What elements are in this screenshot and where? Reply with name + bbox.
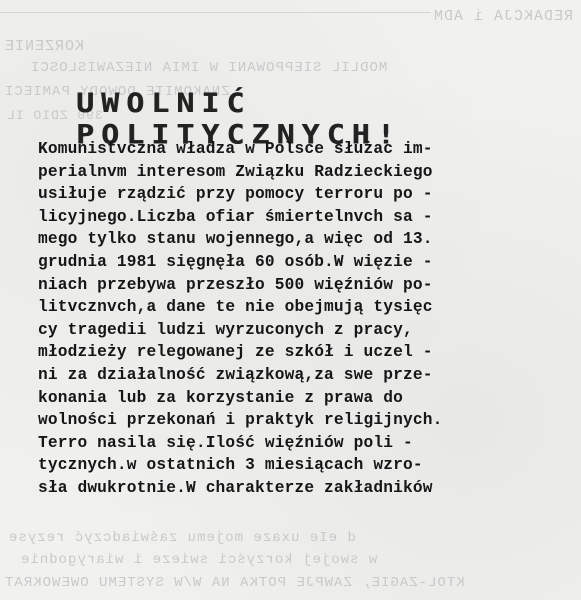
bleed-through-text: KTOL-ZAGIE, ZAWPJE POTKA NA W/W SYSTEMU …: [4, 575, 465, 591]
text-line: wolności przekonań i praktyk religijnych…: [38, 409, 558, 432]
bleed-through-text: w swojej korzyści swieze i wiarygodnie: [20, 552, 377, 568]
text-line: tycznych.w ostatnich 3 miesiącach wzro-: [38, 454, 558, 477]
text-line: Komunistvczna władza w Polsce służac im-: [38, 138, 558, 161]
text-line: niach przebywa przeszło 500 więźniów po-: [38, 274, 558, 297]
text-line: cy tragedii ludzi wyrzuconych z pracy,: [38, 319, 558, 342]
text-line: licyjnego.Liczba ofiar śmiertelnvch sa -: [38, 206, 558, 229]
bleed-through-text: d eIe uxaze mojemu zaświadczyć rezyse: [8, 530, 356, 546]
text-line: usiłuje rządzić przy pomocy terroru po -: [38, 183, 558, 206]
text-line: konania lub za korzystanie z prawa do: [38, 387, 558, 410]
text-line: ni za działalność związkową,za swe prze-: [38, 364, 558, 387]
bleed-through-text: REDAKCJA i ADM: [433, 8, 573, 25]
body-paragraph: Komunistvczna władza w Polsce służac im-…: [38, 138, 558, 500]
bleed-through-text: KORZENIE: [4, 38, 84, 55]
text-line: litvcznvch,a dane te nie obejmują tysięc: [38, 296, 558, 319]
text-line: perialnvm interesom Związku Radzieckiego: [38, 161, 558, 184]
text-line: grudnia 1981 sięgnęła 60 osób.W więzie -: [38, 251, 558, 274]
text-line: mego tylko stanu wojennego,a więc od 13.: [38, 228, 558, 251]
text-line: młodzieży relegowanej ze szkół i uczel -: [38, 341, 558, 364]
text-line: Terro nasila się.Ilość więźniów poli -: [38, 432, 558, 455]
bleed-through-text: MODLIL SIEPPOWANI W IMIA NIEZAWISLOSCI: [30, 60, 387, 76]
text-line: sła dwukrotnie.W charakterze zakładników: [38, 477, 558, 500]
fold-line: [0, 12, 431, 13]
